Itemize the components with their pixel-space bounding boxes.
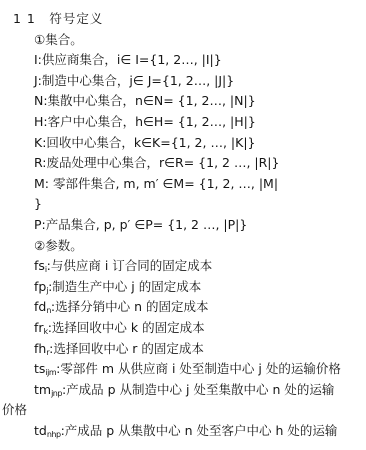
document-page: 1 1 符号定义 ①集合。 I:供应商集合，i∈ I={1, 2…, |I|} … [0, 0, 366, 450]
set-section-label: ①集合。 [0, 30, 366, 51]
param-description: :制造生产中心 j 的固定成本 [48, 279, 201, 294]
param-description: :选择回收中心 k 的固定成本 [48, 320, 205, 335]
param-line-fs: fsi:与供应商 i 订合同的固定成本 [0, 256, 366, 277]
param-symbol: fpj [34, 279, 48, 294]
param-symbol: fsi [34, 258, 47, 273]
set-line-components-brace: } [0, 194, 366, 215]
param-description: :选择回收中心 r 的固定成本 [49, 341, 204, 356]
param-line-fd: fdn:选择分销中心 n 的固定成本 [0, 297, 366, 318]
param-description: :与供应商 i 订合同的固定成本 [47, 258, 213, 273]
param-line-td: tdnhp:产成品 p 从集散中心 n 处至客户中心 h 处的运输 [0, 421, 366, 442]
set-line-components: M: 零部件集合, m, m′ ∈M= {1, 2, …, |M| [0, 174, 366, 195]
param-subscript: ijm [45, 368, 56, 377]
param-symbol: fdn [34, 299, 51, 314]
set-line-distribution: N:集散中心集合，n∈N= {1, 2…, |N|} [0, 91, 366, 112]
param-description: :产成品 p 从集散中心 n 处至客户中心 h 处的运输 [61, 423, 338, 438]
set-line-waste-disposal: R:废品处理中心集合，r∈R= {1, 2 …, |R|} [0, 153, 366, 174]
param-description: :零部件 m 从供应商 i 处至制造中心 j 处的运输价格 [56, 361, 341, 376]
param-symbol: fhr [34, 341, 49, 356]
set-line-products: P:产品集合, p, p′ ∈P= {1, 2 …, |P|} [0, 215, 366, 236]
param-line-fh: fhr:选择回收中心 r 的固定成本 [0, 339, 366, 360]
set-line-customers: H:客户中心集合，h∈H= {1, 2…, |H|} [0, 112, 366, 133]
param-symbol: tmjnp [34, 382, 62, 397]
param-subscript: nhp [47, 430, 61, 439]
param-line-tm: tmjnp:产成品 p 从制造中心 j 处至集散中心 n 处的运输 [0, 380, 366, 401]
param-line-fp: fpj:制造生产中心 j 的固定成本 [0, 277, 366, 298]
param-subscript: jnp [51, 389, 62, 398]
section-heading: 1 1 符号定义 [0, 9, 366, 30]
param-description: :产成品 p 从制造中心 j 处至集散中心 n 处的运输 [62, 382, 334, 397]
param-section-label: ②参数。 [0, 236, 366, 257]
param-symbol: tdnhp [34, 423, 61, 438]
param-line-ts: tsijm:零部件 m 从供应商 i 处至制造中心 j 处的运输价格 [0, 359, 366, 380]
set-line-recycling: K:回收中心集合，k∈K={1, 2, …, |K|} [0, 133, 366, 154]
param-symbol: tsijm [34, 361, 56, 376]
param-description: :选择分销中心 n 的固定成本 [51, 299, 209, 314]
param-line-tm-wrap: 价格 [0, 400, 366, 421]
param-symbol: frk [34, 320, 48, 335]
set-line-suppliers: I:供应商集合，i∈ I={1, 2…, |I|} [0, 50, 366, 71]
set-line-manufacturing: J:制造中心集合，j∈ J={1, 2…, |J|} [0, 71, 366, 92]
param-line-fr: frk:选择回收中心 k 的固定成本 [0, 318, 366, 339]
